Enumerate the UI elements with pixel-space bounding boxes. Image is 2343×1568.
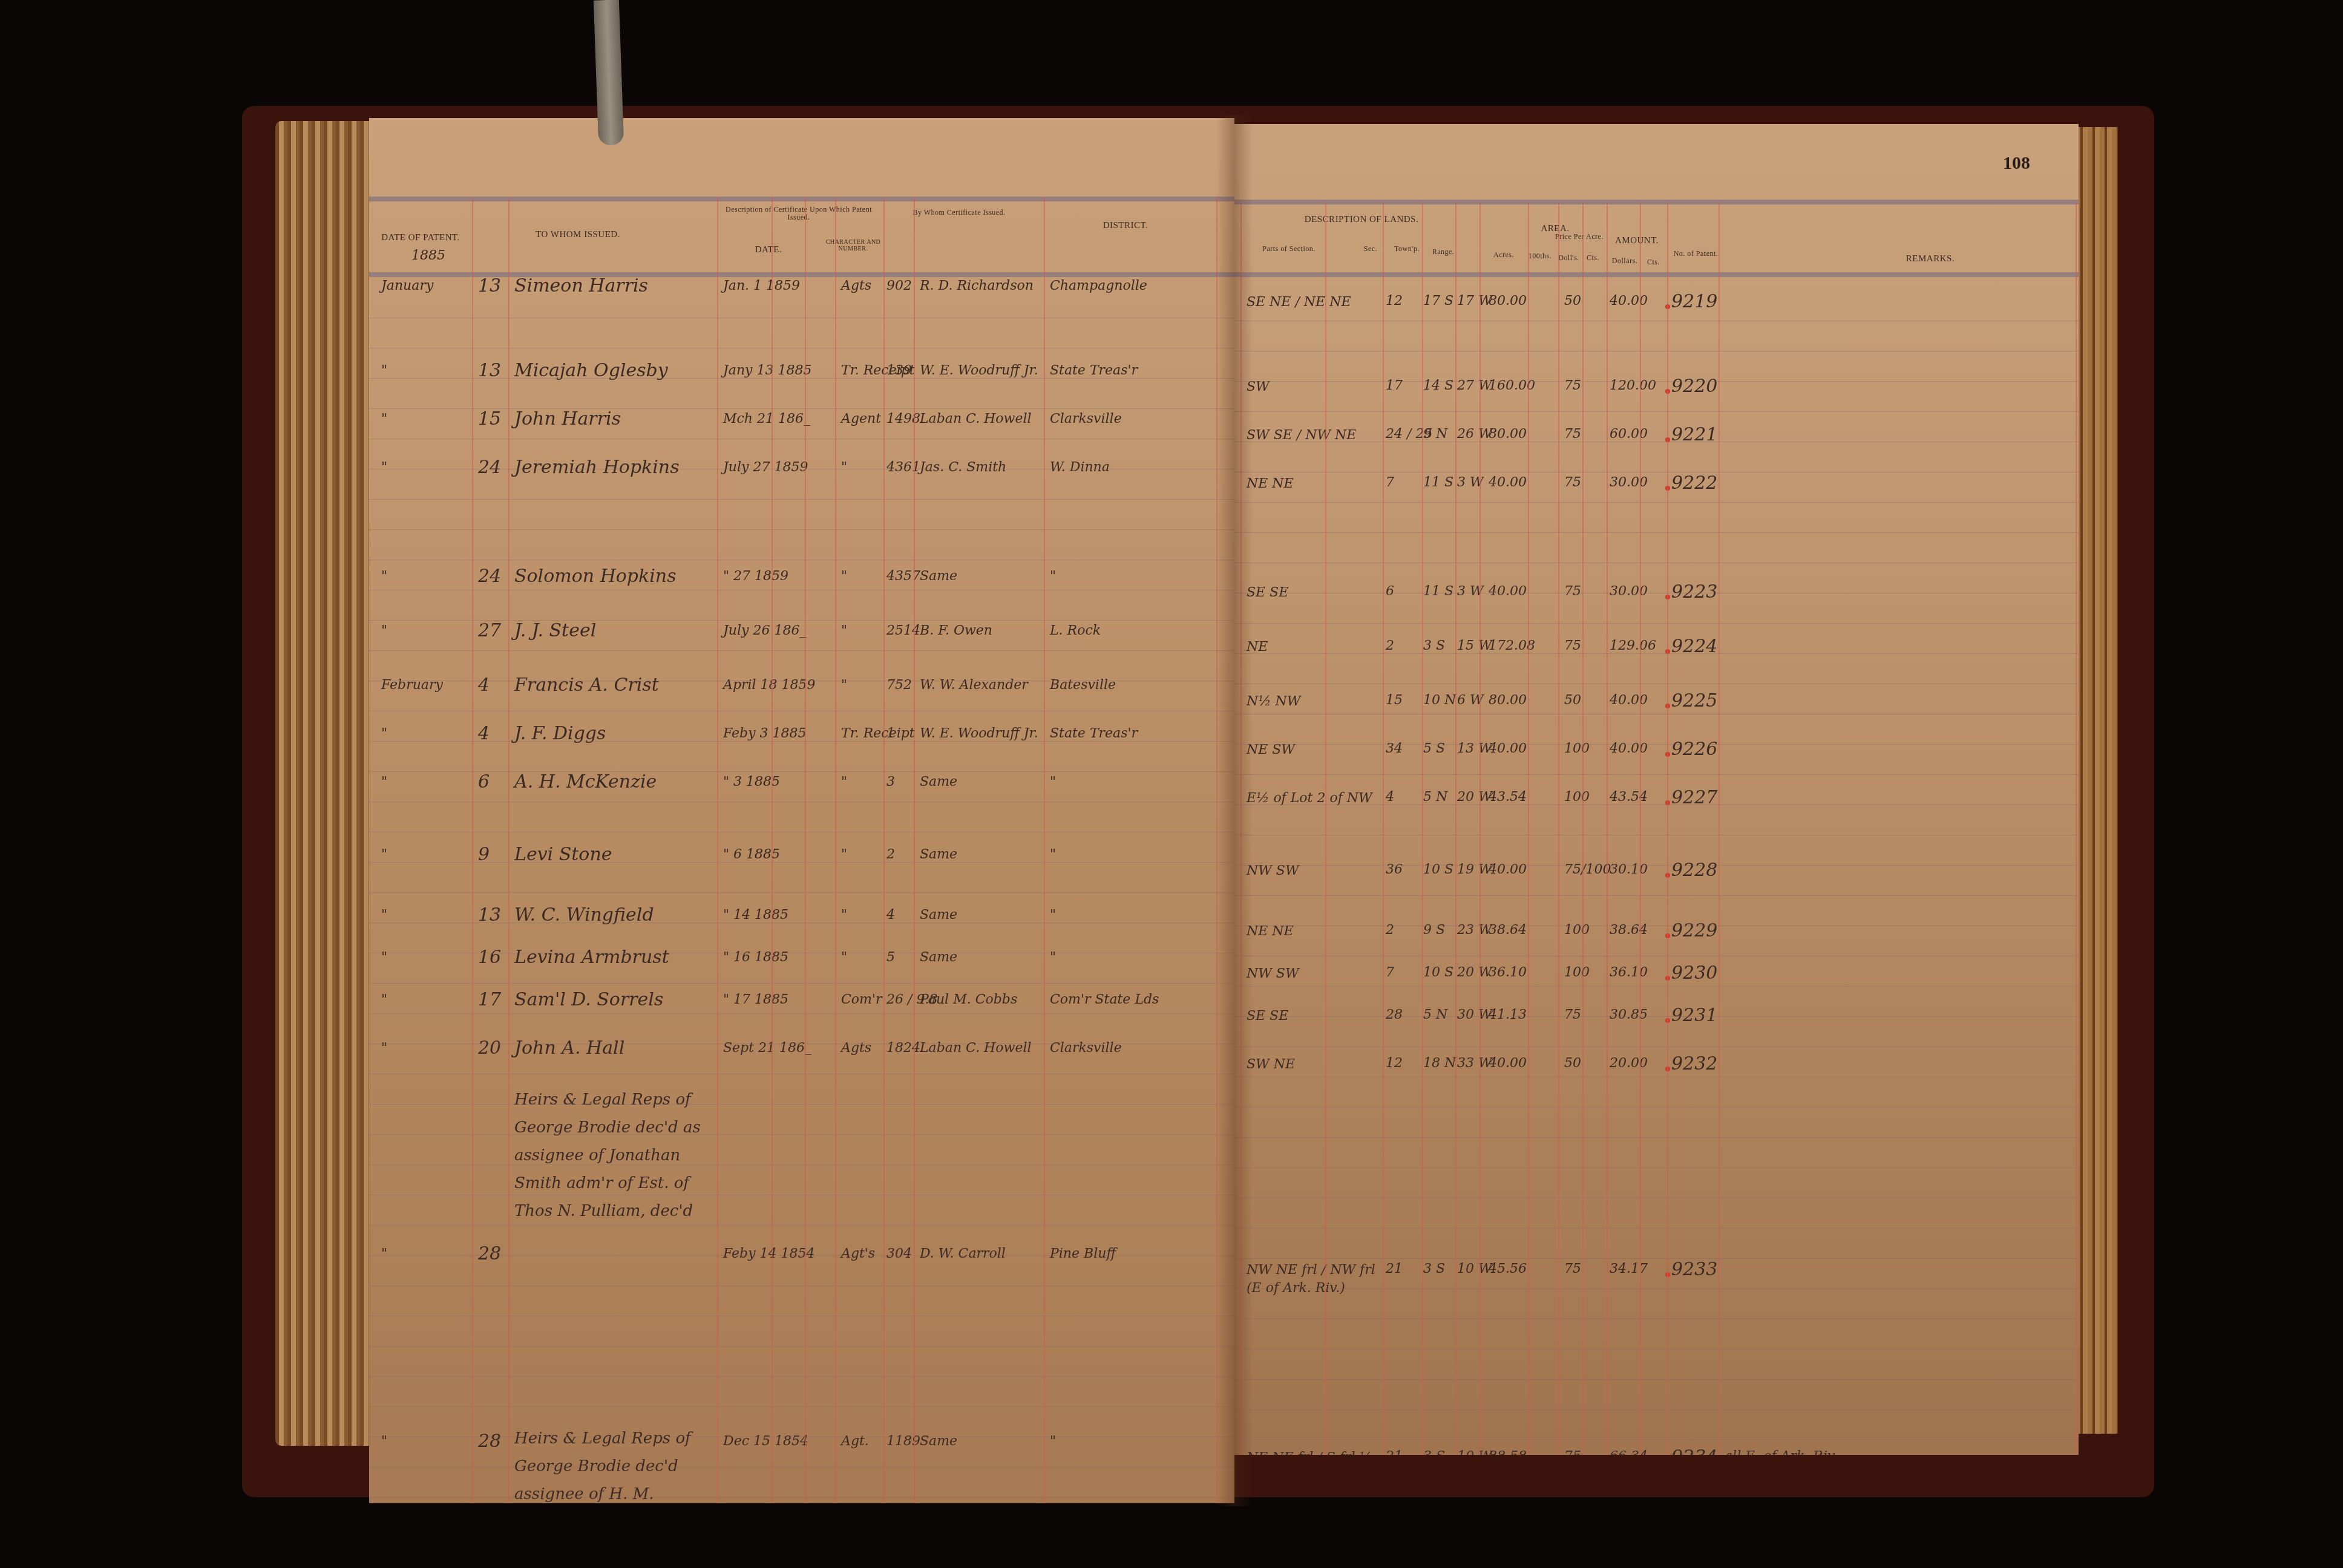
entry-acres: 40.00 bbox=[1489, 584, 1527, 599]
entry-township: 9 N bbox=[1423, 426, 1447, 442]
entry-cert-number: 1498 bbox=[886, 411, 920, 426]
ruled-line bbox=[369, 832, 1234, 832]
entry-section: 2 bbox=[1386, 638, 1394, 653]
entry-price-per-acre: 75 bbox=[1564, 475, 1581, 490]
entry-patent-number: 9220 bbox=[1671, 376, 1717, 397]
header-by-whom: By Whom Certificate Issued. bbox=[902, 209, 1017, 217]
entry-cert-character: Agts bbox=[841, 1040, 871, 1056]
entry-acres: 88.58 bbox=[1489, 1449, 1527, 1455]
entry-acres: 80.00 bbox=[1489, 293, 1527, 309]
entry-range: 15 W bbox=[1457, 638, 1492, 653]
entry-patent-number: 9231 bbox=[1671, 1005, 1717, 1026]
ruled-line bbox=[1234, 1440, 2079, 1440]
ruled-line bbox=[369, 1044, 1234, 1044]
header-top-band bbox=[1234, 200, 2079, 204]
ruled-line bbox=[1234, 744, 2079, 745]
column-rule bbox=[472, 197, 473, 1503]
ruled-line bbox=[369, 529, 1234, 530]
entry-cert-date: Dec 15 1854 bbox=[723, 1434, 808, 1449]
entry-month: " bbox=[381, 847, 387, 862]
entry-cert-date: July 27 1859 bbox=[723, 460, 808, 475]
ruled-line bbox=[369, 711, 1234, 711]
entry-cert-date: " 17 1885 bbox=[723, 992, 788, 1007]
entry-district: Clarksville bbox=[1050, 1040, 1122, 1056]
ruled-line bbox=[369, 892, 1234, 893]
entry-cert-date: Sept 21 186_ bbox=[723, 1040, 811, 1056]
entry-by-whom: Same bbox=[920, 847, 957, 862]
column-rule bbox=[1528, 203, 1529, 1455]
entry-parts-of-section: SW NE bbox=[1247, 1056, 1380, 1074]
ruled-line bbox=[1234, 1258, 2079, 1259]
ruled-line bbox=[369, 590, 1234, 590]
entry-section: 17 bbox=[1386, 378, 1403, 393]
ruled-line bbox=[1234, 1349, 2079, 1350]
ruled-line bbox=[369, 1406, 1234, 1407]
ruled-line bbox=[1234, 381, 2079, 382]
entry-cert-date: " 27 1859 bbox=[723, 569, 788, 584]
entry-range: 10 W bbox=[1457, 1261, 1492, 1276]
entry-section: 36 bbox=[1386, 862, 1403, 877]
left-page: DATE OF PATENT. 1885 TO WHOM ISSUED. Des… bbox=[369, 118, 1234, 1503]
entry-cert-date: Feby 3 1885 bbox=[723, 726, 807, 741]
column-rule bbox=[1558, 203, 1559, 1455]
column-rule bbox=[1044, 197, 1045, 1503]
entry-cert-date: Mch 21 186_ bbox=[723, 411, 810, 426]
ruled-line bbox=[369, 1013, 1234, 1014]
ruled-line bbox=[1234, 805, 2079, 805]
entry-district: Batesville bbox=[1050, 678, 1116, 693]
entry-district: " bbox=[1050, 1434, 1056, 1449]
entry-district: " bbox=[1050, 907, 1056, 923]
entry-month: " bbox=[381, 623, 387, 638]
header-certificate-description: Description of Certificate Upon Which Pa… bbox=[720, 206, 877, 221]
entry-acres: 40.00 bbox=[1489, 1056, 1527, 1071]
entry-day: 24 bbox=[478, 457, 501, 478]
entry-district: Champagnolle bbox=[1050, 278, 1147, 293]
entry-patent-number: 9232 bbox=[1671, 1053, 1717, 1074]
entry-cert-character: Agt's bbox=[841, 1246, 875, 1261]
entry-day: 16 bbox=[478, 947, 501, 968]
entry-by-whom: Same bbox=[920, 774, 957, 789]
ruled-line bbox=[1234, 835, 2079, 835]
entry-township: 9 S bbox=[1423, 923, 1445, 938]
entry-price-per-acre: 100 bbox=[1564, 965, 1590, 980]
entry-cert-date: July 26 186_ bbox=[723, 623, 806, 638]
entry-remarks: all E. of Ark. Riv. bbox=[1725, 1449, 1838, 1455]
entry-by-whom: W. E. Woodruff Jr. bbox=[920, 363, 1038, 378]
entry-section: 7 bbox=[1386, 965, 1394, 980]
header-price-per-acre: Price Per Acre. bbox=[1555, 233, 1604, 241]
ruled-line bbox=[1234, 502, 2079, 503]
entry-by-whom: Same bbox=[920, 907, 957, 923]
header-township: Town'p. bbox=[1389, 245, 1425, 253]
ruled-line bbox=[369, 620, 1234, 621]
entry-acres: 40.00 bbox=[1489, 741, 1527, 756]
entry-cert-character: " bbox=[841, 569, 847, 584]
entry-month: " bbox=[381, 569, 387, 584]
entry-section: 7 bbox=[1386, 475, 1394, 490]
entry-by-whom: Laban C. Howell bbox=[920, 411, 1031, 426]
ruled-line bbox=[369, 1104, 1234, 1105]
entry-amount: 60.00 bbox=[1610, 426, 1648, 442]
ruled-line bbox=[1234, 1319, 2079, 1319]
entry-township: 3 S bbox=[1423, 638, 1445, 653]
ruled-line bbox=[369, 1346, 1234, 1347]
entry-by-whom: Paul M. Cobbs bbox=[920, 992, 1017, 1007]
entry-range: 17 W bbox=[1457, 293, 1492, 309]
book-gutter bbox=[1216, 115, 1253, 1506]
entry-parts-of-section: N½ NW bbox=[1247, 693, 1380, 711]
entry-amount: 34.17 bbox=[1610, 1261, 1648, 1276]
entry-cert-character: Agts bbox=[841, 278, 871, 293]
entry-cert-number: 752 bbox=[886, 678, 912, 693]
ruled-line bbox=[1234, 986, 2079, 987]
entry-township: 10 S bbox=[1423, 965, 1453, 980]
entry-acres: 38.64 bbox=[1489, 923, 1527, 938]
entry-price-per-acre: 75 bbox=[1564, 426, 1581, 442]
header-amount: AMOUNT. bbox=[1607, 236, 1667, 246]
entry-cert-date: Jan. 1 1859 bbox=[723, 278, 800, 293]
entry-price-per-acre: 50 bbox=[1564, 693, 1581, 708]
entry-month: " bbox=[381, 363, 387, 378]
page-edges-left bbox=[275, 121, 372, 1446]
entry-by-whom: Same bbox=[920, 1434, 957, 1449]
entry-patent-number: 9226 bbox=[1671, 739, 1717, 760]
ruled-line bbox=[369, 802, 1234, 802]
entry-name: J. J. Steel bbox=[514, 620, 596, 641]
entry-amount: 120.00 bbox=[1610, 378, 1656, 393]
entry-amount: 129.06 bbox=[1610, 638, 1656, 653]
entry-township: 17 S bbox=[1423, 293, 1453, 309]
entry-range: 19 W bbox=[1457, 862, 1492, 877]
entry-day: 17 bbox=[478, 989, 501, 1010]
ruled-line bbox=[1234, 472, 2079, 472]
entry-section: 4 bbox=[1386, 789, 1394, 805]
entry-cert-number: 2 bbox=[886, 847, 895, 862]
entry-cert-character: Com'r bbox=[841, 992, 882, 1007]
entry-price-per-acre: 100 bbox=[1564, 741, 1590, 756]
header-cert-date: DATE. bbox=[738, 245, 799, 255]
column-rule bbox=[1383, 203, 1384, 1455]
entry-cert-character: " bbox=[841, 907, 847, 923]
ruled-line bbox=[1234, 532, 2079, 533]
entry-range: 33 W bbox=[1457, 1056, 1492, 1071]
ruled-line bbox=[369, 1376, 1234, 1377]
entry-patent-number: 9223 bbox=[1671, 581, 1717, 603]
entry-price-per-acre: 75 bbox=[1564, 1007, 1581, 1022]
header-acres: Acres. bbox=[1483, 251, 1525, 259]
column-rule bbox=[1480, 203, 1481, 1455]
header-to-whom-issued: TO WHOM ISSUED. bbox=[508, 230, 647, 240]
column-rule bbox=[835, 197, 836, 1503]
entry-day: 4 bbox=[478, 675, 490, 696]
entry-cert-date: " 16 1885 bbox=[723, 950, 788, 965]
entry-amount: 30.00 bbox=[1610, 584, 1648, 599]
entry-price-per-acre: 75 bbox=[1564, 584, 1581, 599]
ruled-line bbox=[1234, 411, 2079, 412]
entry-range: 20 W bbox=[1457, 965, 1492, 980]
column-rule bbox=[914, 197, 915, 1503]
entry-cert-number: 1824 bbox=[886, 1040, 920, 1056]
entry-month: " bbox=[381, 774, 387, 789]
entry-day: 6 bbox=[478, 771, 490, 792]
entry-township: 5 S bbox=[1423, 741, 1445, 756]
entry-patent-number: 9219 bbox=[1671, 291, 1717, 312]
entry-patent-number: 9225 bbox=[1671, 690, 1717, 711]
entry-amount: 36.10 bbox=[1610, 965, 1648, 980]
entry-district: State Treas'r bbox=[1050, 726, 1138, 741]
entry-township: 3 S bbox=[1423, 1449, 1445, 1455]
entry-township: 3 S bbox=[1423, 1261, 1445, 1276]
entry-day: 13 bbox=[478, 275, 501, 296]
entry-parts-of-section: SE NE / NE NE bbox=[1247, 293, 1380, 312]
column-rule bbox=[2076, 203, 2077, 1455]
entry-month: " bbox=[381, 1040, 387, 1056]
ruled-line bbox=[369, 1165, 1234, 1165]
ruled-line bbox=[369, 408, 1234, 409]
entry-township: 5 N bbox=[1423, 789, 1447, 805]
header-cts: Cts. bbox=[1582, 254, 1604, 262]
entry-by-whom: R. D. Richardson bbox=[920, 278, 1034, 293]
entry-cert-character: " bbox=[841, 460, 847, 475]
entry-district: Com'r State Lds bbox=[1050, 992, 1159, 1007]
column-rule bbox=[1667, 203, 1668, 1455]
entry-amount: 66.34 bbox=[1610, 1449, 1648, 1455]
header-district: DISTRICT. bbox=[1083, 221, 1168, 231]
entry-month: " bbox=[381, 460, 387, 475]
ruled-line bbox=[1234, 1379, 2079, 1380]
entry-cert-date: Jany 13 1885 bbox=[723, 363, 812, 378]
entry-patent-number: 9234 bbox=[1671, 1446, 1717, 1455]
entry-district: " bbox=[1050, 774, 1056, 789]
header-dollars: Dollars. bbox=[1607, 257, 1643, 265]
ruled-line bbox=[1234, 321, 2079, 321]
entry-district: L. Rock bbox=[1050, 623, 1101, 638]
entry-month: " bbox=[381, 1246, 387, 1261]
entry-day: 28 bbox=[478, 1243, 501, 1264]
entry-section: 2 bbox=[1386, 923, 1394, 938]
entry-by-whom: Laban C. Howell bbox=[920, 1040, 1031, 1056]
entry-section: 28 bbox=[1386, 1007, 1403, 1022]
entry-cert-number: 5 bbox=[886, 950, 895, 965]
entry-section: 15 bbox=[1386, 693, 1403, 708]
ruled-line bbox=[1234, 926, 2079, 926]
ruled-line bbox=[369, 1195, 1234, 1195]
entry-range: 23 W bbox=[1457, 923, 1492, 938]
entry-amount: 43.54 bbox=[1610, 789, 1648, 805]
ruled-line bbox=[369, 953, 1234, 953]
entry-district: " bbox=[1050, 569, 1056, 584]
ruled-line bbox=[1234, 1410, 2079, 1410]
entry-name: Jeremiah Hopkins bbox=[514, 457, 680, 478]
entry-district: " bbox=[1050, 847, 1056, 862]
entry-price-per-acre: 50 bbox=[1564, 293, 1581, 309]
entry-by-whom: Same bbox=[920, 569, 957, 584]
entry-price-per-acre: 75 bbox=[1564, 1261, 1581, 1276]
ruled-line bbox=[1234, 684, 2079, 684]
entry-day: 20 bbox=[478, 1037, 501, 1059]
ruled-line bbox=[1234, 442, 2079, 442]
entry-patent-number: 9222 bbox=[1671, 472, 1717, 494]
column-rule bbox=[1455, 203, 1457, 1455]
ruled-line bbox=[1234, 1198, 2079, 1198]
entry-section: 34 bbox=[1386, 741, 1403, 756]
column-rule bbox=[805, 197, 806, 1503]
entry-cert-number: 139 bbox=[886, 363, 912, 378]
entry-price-per-acre: 75 bbox=[1564, 638, 1581, 653]
entry-month: " bbox=[381, 1434, 387, 1449]
entry-month: January bbox=[381, 278, 433, 293]
entry-acres: 80.00 bbox=[1489, 426, 1527, 442]
entry-district: Pine Bluff bbox=[1050, 1246, 1116, 1261]
entry-amount: 40.00 bbox=[1610, 741, 1648, 756]
entry-price-per-acre: 100 bbox=[1564, 789, 1590, 805]
header-hundredths: 100ths. bbox=[1525, 252, 1555, 260]
entry-parts-of-section: NW NE frl / NW frl (E of Ark. Riv.) bbox=[1247, 1261, 1380, 1298]
entry-amount: 30.85 bbox=[1610, 1007, 1648, 1022]
entry-district: W. Dinna bbox=[1050, 460, 1110, 475]
ruled-line bbox=[1234, 1228, 2079, 1229]
ruled-line bbox=[1234, 1289, 2079, 1289]
header-date-of-patent: DATE OF PATENT. bbox=[375, 233, 466, 243]
entry-name: Sam'l D. Sorrels bbox=[514, 989, 663, 1010]
column-rule bbox=[883, 197, 885, 1503]
column-rule bbox=[1607, 203, 1608, 1455]
entry-by-whom: B. F. Owen bbox=[920, 623, 992, 638]
entry-patent-number: 9228 bbox=[1671, 860, 1717, 881]
entry-acres: 41.13 bbox=[1489, 1007, 1527, 1022]
entry-cert-date: " 14 1885 bbox=[723, 907, 788, 923]
column-rule bbox=[772, 197, 773, 1503]
ruled-line bbox=[369, 923, 1234, 923]
header-bottom-band bbox=[1234, 272, 2079, 277]
entry-name: Levina Armbrust bbox=[514, 947, 669, 968]
entry-day: 28 bbox=[478, 1431, 501, 1452]
column-rule bbox=[508, 197, 510, 1503]
entry-amount: 20.00 bbox=[1610, 1056, 1648, 1071]
entry-acres: 36.10 bbox=[1489, 965, 1527, 980]
header-remarks: REMARKS. bbox=[1870, 254, 1991, 264]
column-rule bbox=[717, 197, 718, 1503]
entry-name: John Harris bbox=[514, 408, 621, 430]
entry-patent-number: 9233 bbox=[1671, 1259, 1717, 1280]
entry-township: 11 S bbox=[1423, 475, 1453, 490]
ruled-line bbox=[1234, 653, 2079, 654]
ruled-line bbox=[1234, 563, 2079, 563]
ruled-line bbox=[369, 560, 1234, 560]
ruled-line bbox=[369, 681, 1234, 681]
entry-month: " bbox=[381, 726, 387, 741]
ruled-line bbox=[369, 439, 1234, 439]
ruled-line bbox=[369, 1497, 1234, 1498]
metal-page-clip bbox=[594, 0, 624, 146]
ruled-line bbox=[1234, 1137, 2079, 1138]
header-cert-character: CHARACTER AND NUMBER. bbox=[820, 239, 886, 252]
entry-cert-character: " bbox=[841, 678, 847, 693]
entry-patent-number: 9230 bbox=[1671, 962, 1717, 984]
entry-name: Simeon Harris bbox=[514, 275, 648, 296]
entry-section: 12 bbox=[1386, 293, 1403, 309]
ruled-line bbox=[369, 650, 1234, 651]
entry-month: " bbox=[381, 411, 387, 426]
right-page: 108 DESCRIPTION OF LANDS. Parts of Secti… bbox=[1234, 124, 2079, 1455]
entry-cert-date: Feby 14 1854 bbox=[723, 1246, 815, 1261]
ruled-line bbox=[369, 499, 1234, 500]
ruled-line bbox=[369, 771, 1234, 772]
entry-cert-number: 3 bbox=[886, 774, 895, 789]
entry-section: 21 bbox=[1386, 1261, 1403, 1276]
entry-amount: 30.00 bbox=[1610, 475, 1648, 490]
entry-amount: 30.10 bbox=[1610, 862, 1648, 877]
entry-price-per-acre: 50 bbox=[1564, 1056, 1581, 1071]
column-rule bbox=[1422, 203, 1423, 1455]
ruled-line bbox=[369, 862, 1234, 863]
entry-by-whom: Jas. C. Smith bbox=[920, 460, 1006, 475]
entry-amount: 40.00 bbox=[1610, 693, 1648, 708]
ruled-line bbox=[1234, 1168, 2079, 1168]
entry-township: 14 S bbox=[1423, 378, 1453, 393]
ruled-line bbox=[369, 348, 1234, 348]
entry-day: 27 bbox=[478, 620, 501, 641]
ruled-line bbox=[369, 1316, 1234, 1316]
entry-by-whom: W. W. Alexander bbox=[920, 678, 1028, 693]
ruled-line bbox=[1234, 956, 2079, 956]
entry-cert-character: Agt. bbox=[841, 1434, 869, 1449]
entry-by-whom: W. E. Woodruff Jr. bbox=[920, 726, 1038, 741]
entry-parts-of-section: NE NE frl / S frl ½ NE frl / SE frl bbox=[1247, 1449, 1380, 1455]
ruled-line bbox=[369, 1437, 1234, 1437]
header-no-of-patent: No. of Patent. bbox=[1667, 250, 1725, 258]
entry-acres: 45.56 bbox=[1489, 1261, 1527, 1276]
entry-district: " bbox=[1050, 950, 1056, 965]
entry-range: 30 W bbox=[1457, 1007, 1492, 1022]
ruled-line bbox=[1234, 1016, 2079, 1017]
entry-name: John A. Hall bbox=[514, 1037, 624, 1059]
column-rule bbox=[1325, 203, 1326, 1455]
entry-cert-number: 1189 bbox=[886, 1434, 920, 1449]
entry-cert-character: Agent bbox=[841, 411, 881, 426]
entry-cert-number: 4357 bbox=[886, 569, 920, 584]
entry-acres: 40.00 bbox=[1489, 475, 1527, 490]
column-rule bbox=[1640, 203, 1641, 1455]
entry-day: 15 bbox=[478, 408, 501, 430]
entry-cert-character: " bbox=[841, 950, 847, 965]
ruled-line bbox=[369, 378, 1234, 379]
header-description-of-lands: DESCRIPTION OF LANDS. bbox=[1247, 215, 1476, 225]
header-amount-cts: Cts. bbox=[1643, 258, 1664, 266]
page-edges-right bbox=[2076, 127, 2118, 1434]
ruled-line bbox=[1234, 1107, 2079, 1108]
header-sec: Sec. bbox=[1355, 245, 1386, 253]
entry-patent-number: 9229 bbox=[1671, 920, 1717, 941]
ruled-line bbox=[369, 469, 1234, 469]
ruled-line bbox=[369, 1285, 1234, 1286]
entry-name: A. H. McKenzie bbox=[514, 771, 657, 792]
entry-price-per-acre: 100 bbox=[1564, 923, 1590, 938]
column-rule bbox=[1719, 203, 1720, 1455]
ruled-line bbox=[1234, 895, 2079, 896]
entry-price-per-acre: 75 bbox=[1564, 1449, 1581, 1455]
entry-day: 24 bbox=[478, 566, 501, 587]
ruled-line bbox=[369, 1134, 1234, 1135]
ruled-line bbox=[369, 1225, 1234, 1226]
entry-amount: 38.64 bbox=[1610, 923, 1648, 938]
entry-township: 10 S bbox=[1423, 862, 1453, 877]
entry-name: Francis A. Crist bbox=[514, 675, 659, 696]
entry-cert-number: 902 bbox=[886, 278, 912, 293]
entry-month: " bbox=[381, 907, 387, 923]
entry-range: 26 W bbox=[1457, 426, 1492, 442]
